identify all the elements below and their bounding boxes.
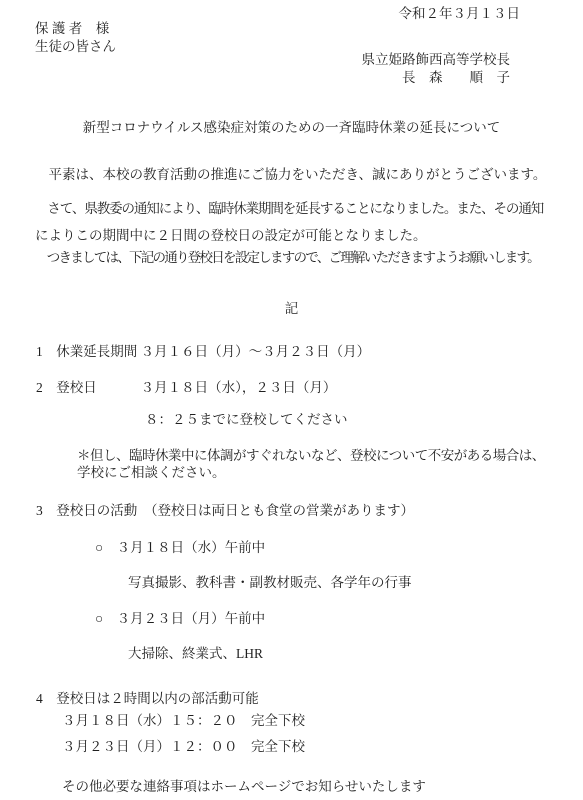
activity2-detail: 大掃除、終業式、LHR bbox=[128, 645, 263, 662]
record-marker: 記 bbox=[0, 300, 583, 317]
sender-name: 長 森 順 子 bbox=[402, 69, 510, 86]
club-day2-dismissal: ３月２３日（月）１２：００ 完全下校 bbox=[62, 738, 305, 755]
item1-closure-period: 1 休業延長期間 ３月１６日（月）～３月２３日（月） bbox=[36, 343, 370, 360]
arrival-time: ８：２５までに登校してください bbox=[145, 411, 348, 428]
notice-paragraph-line2: によりこの期間中に２日間の登校日の設定が可能となりました。 bbox=[35, 227, 427, 244]
sender-title: 県立姫路飾西高等学校長 bbox=[362, 51, 511, 68]
club-day1-dismissal: ３月１８日（水）１５：２０ 完全下校 bbox=[62, 712, 305, 729]
document-title: 新型コロナウイルス感染症対策のための一斉臨時休業の延長について bbox=[0, 119, 583, 136]
issue-date: 令和２年３月１３日 bbox=[399, 5, 521, 22]
item2-school-days: 2 登校日 ３月１８日（水），２３日（月） bbox=[36, 379, 336, 396]
activity2-date: ○ ３月２３日（月）午前中 bbox=[95, 610, 265, 627]
activity1-detail: 写真撮影、教科書・副教材販売、各学年の行事 bbox=[128, 574, 412, 591]
item4-club-activity: 4 登校日は２時間以内の部活動可能 bbox=[36, 690, 259, 707]
greeting-paragraph: 平素は、本校の教育活動の推進にご協力をいただき、誠にありがとうございます。 bbox=[35, 166, 546, 183]
caution-note-line2: 学校にご相談ください。 bbox=[77, 464, 226, 481]
recipient-students: 生徒の皆さん bbox=[35, 38, 116, 55]
item3-activities: 3 登校日の活動 （登校日は両日とも食堂の営業があります） bbox=[36, 502, 414, 519]
notice-paragraph-line1: さて、県教委の通知により、臨時休業期間を延長することになりました。また、その通知 bbox=[35, 200, 543, 217]
letter-page: 令和２年３月１３日 保 護 者 様 生徒の皆さん 県立姫路飾西高等学校長 長 森… bbox=[0, 0, 583, 800]
footer-note: その他必要な連絡事項はホームページでお知らせいたします bbox=[62, 778, 426, 795]
request-paragraph: つきましては、下記の通り登校日を設定しますので、ご理解いただきますようお願いしま… bbox=[35, 249, 539, 266]
caution-note-line1: ＊但し、臨時休業中に体調がすぐれないなど、登校について不安がある場合は、 bbox=[77, 447, 545, 464]
activity1-date: ○ ３月１８日（水）午前中 bbox=[95, 539, 265, 556]
recipient-guardians: 保 護 者 様 bbox=[35, 20, 109, 37]
